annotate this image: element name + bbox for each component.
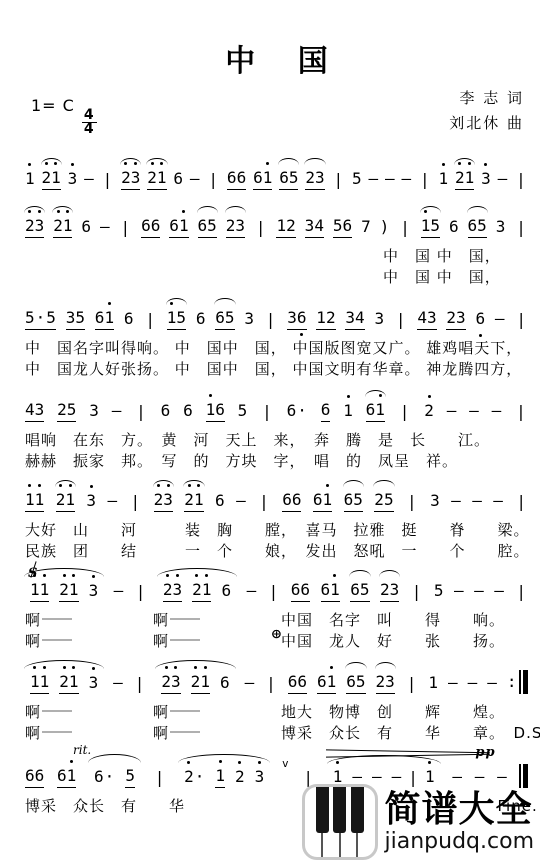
- lyric-extension-dash: [170, 710, 200, 712]
- octave-dot-high: [28, 484, 31, 487]
- note-char: 2: [446, 308, 456, 328]
- note-char: 1: [30, 580, 40, 600]
- piano-black-key: [316, 787, 329, 833]
- note-token: 65: [344, 490, 363, 512]
- lyrics-line: 啊 啊 地大 物博 创 辉 煌。: [25, 702, 528, 723]
- note-char: 3: [385, 672, 395, 692]
- note-char: 1: [35, 490, 45, 510]
- note-token: 21: [455, 168, 474, 190]
- note-token: 6: [475, 309, 485, 330]
- note-char: 5: [333, 216, 343, 236]
- note-token: 23: [446, 308, 465, 330]
- note-char: 2: [42, 168, 52, 188]
- octave-dot-high: [182, 210, 185, 213]
- note-char: 2: [154, 490, 164, 510]
- note-char: 3: [35, 400, 45, 420]
- note-char: –: [487, 673, 497, 693]
- barline: |: [400, 218, 410, 238]
- meta-row: 1= C44 李 志 词 刘北休 曲: [25, 86, 528, 136]
- note-char: –: [113, 673, 123, 693]
- note-token: 66: [227, 168, 246, 190]
- lyric-extension-dash: [170, 618, 200, 620]
- note-token: 25: [374, 490, 393, 512]
- note-char: 3: [305, 216, 315, 236]
- note-char: 2: [56, 490, 66, 510]
- lyrics-line: 中 国龙人好张扬。 中 国中 国， 中国文明有华章。 神龙腾四方，: [25, 359, 528, 380]
- note-token: 21: [56, 490, 75, 512]
- note-char: 5: [477, 216, 487, 236]
- note-char: 1: [25, 490, 35, 510]
- note-char: 6: [227, 168, 237, 188]
- note-char: 6: [215, 308, 225, 328]
- octave-dot-high: [347, 395, 350, 398]
- note-char: 6: [313, 490, 323, 510]
- barline: |: [131, 492, 141, 512]
- note-token: 21: [59, 672, 78, 694]
- slur: [365, 390, 386, 397]
- octave-dot-high: [38, 484, 41, 487]
- note-token: 7: [361, 217, 371, 238]
- note-char: 3: [235, 216, 245, 236]
- note-token: 16: [206, 400, 225, 422]
- barline: |: [256, 218, 266, 238]
- note-token: 3: [374, 309, 384, 330]
- note-char: 3: [481, 169, 491, 189]
- slur: [375, 662, 396, 669]
- note-char: 2: [53, 216, 63, 236]
- note-char: 2: [226, 216, 236, 236]
- note-token: 12: [276, 216, 295, 238]
- note-token: 2: [424, 401, 434, 422]
- note-char: 2: [163, 580, 173, 600]
- note-token: –: [495, 309, 505, 330]
- note-char: 1: [421, 216, 431, 236]
- song-title: 中 国: [25, 36, 528, 80]
- slur: [41, 158, 62, 165]
- note-char: 3: [68, 169, 78, 189]
- slur: [345, 662, 366, 669]
- note-token: 1: [215, 766, 225, 788]
- note-char: 1: [67, 766, 77, 786]
- note-char: 1: [69, 580, 79, 600]
- note-char: 2: [59, 672, 69, 692]
- note-char: 3: [173, 580, 183, 600]
- note-token: 23: [154, 490, 173, 512]
- octave-dot-high: [442, 163, 445, 166]
- note-char: 6: [287, 401, 297, 421]
- note-token: –: [487, 673, 497, 694]
- note-token: 21: [191, 672, 210, 694]
- note-char: –: [493, 491, 503, 511]
- octave-dot-high: [70, 760, 73, 763]
- note-token: 15: [167, 308, 186, 330]
- note-char: 6: [292, 490, 302, 510]
- music-line: 1213–|23216–|66616523|5–––|1213–|: [25, 152, 528, 198]
- lyric-extension-dash: [42, 710, 72, 712]
- barline: |: [407, 492, 417, 512]
- note-char: 6: [198, 216, 208, 236]
- barline: |: [208, 170, 218, 190]
- note-char: 1: [104, 308, 114, 328]
- note-char: 6: [183, 401, 193, 421]
- note-char: 1: [323, 490, 333, 510]
- note-token: 6: [161, 401, 171, 422]
- note-char: 6: [253, 168, 263, 188]
- barline: |: [262, 402, 272, 422]
- note-char: –: [247, 581, 257, 601]
- note-char: 6: [220, 673, 230, 693]
- note-char: –: [236, 491, 246, 511]
- note-token: –: [385, 169, 395, 190]
- note-char: 5: [46, 308, 56, 328]
- note-char: –: [401, 169, 411, 189]
- barline: |: [516, 170, 526, 190]
- lyric-extension-dash: [42, 731, 72, 733]
- note-token: 61: [313, 490, 332, 512]
- lyric-extension-dash: [170, 639, 200, 641]
- slur: [146, 158, 167, 165]
- barline: |: [136, 402, 146, 422]
- note-token: 11: [25, 490, 44, 512]
- note-token: 1: [428, 673, 438, 694]
- note-token: 3: [496, 217, 506, 238]
- note-char: 3: [390, 580, 400, 600]
- note-char: 1: [330, 580, 340, 600]
- slur: [214, 298, 235, 305]
- octave-dot-high: [333, 574, 336, 577]
- note-group: 11213: [25, 580, 103, 602]
- key-text: 1= C: [31, 96, 75, 115]
- note-char: 3: [427, 308, 437, 328]
- note-char: 3: [496, 217, 506, 237]
- lyrics-line: 中 国名字叫得响。 中 国中 国， 中国版图宽又广。 雄鸡唱天下，: [25, 338, 528, 359]
- note-char: 2: [286, 216, 296, 236]
- slur: [166, 298, 187, 305]
- music-line: 11213–|23216–|66616525|3–––|: [25, 474, 528, 520]
- lyrics-line: 赫赫 振家 邦。 写 的 方块 字， 唱 的 凤呈 祥。: [25, 451, 528, 472]
- note-char: 2: [57, 400, 67, 420]
- note-char: 2: [455, 168, 465, 188]
- note-char: 4: [314, 216, 324, 236]
- note-char: 2: [326, 308, 336, 328]
- note-char: 1: [200, 672, 210, 692]
- note-char: 5: [289, 168, 299, 188]
- note-token: 3: [89, 401, 99, 422]
- barline: |: [396, 310, 406, 330]
- note-char: 1: [206, 400, 216, 420]
- note-char: –: [100, 217, 110, 237]
- barline: |: [400, 402, 410, 422]
- barline: |: [333, 170, 343, 190]
- slur: [349, 570, 370, 577]
- note-token: 2·: [184, 767, 205, 788]
- note-token: 23: [25, 216, 44, 238]
- note-char: 1: [375, 400, 385, 420]
- note-token: 61: [57, 766, 76, 788]
- note-token: 61: [366, 400, 385, 422]
- note-token: 2: [235, 767, 245, 788]
- note-char: 2: [380, 580, 390, 600]
- slur: [55, 480, 76, 487]
- slur: [178, 754, 270, 763]
- note-char: ·: [296, 401, 308, 421]
- note-token: 6: [220, 673, 230, 694]
- note-token: 43: [25, 400, 44, 422]
- note-char: ·: [194, 767, 206, 787]
- note-char: 5: [353, 490, 363, 510]
- note-token: –: [494, 581, 504, 602]
- piano-icon: [302, 784, 378, 860]
- barline: |⊕: [266, 674, 276, 694]
- note-char: 2: [184, 490, 194, 510]
- lyrics-line: 唱响 在东 方。 黄 河 天上 来， 奔 腾 是 长 江。: [25, 430, 528, 451]
- note-char: 5: [430, 216, 440, 236]
- note-token: 35: [66, 308, 85, 330]
- note-char: 1: [215, 766, 225, 786]
- note-char: 2: [25, 216, 35, 236]
- note-char: 2: [161, 672, 171, 692]
- note-char: 1: [63, 216, 73, 236]
- note-token: 21: [59, 580, 78, 602]
- note-token: 65: [198, 216, 217, 238]
- note-token: 6: [124, 309, 134, 330]
- repeat-end-barline: :⊕: [507, 670, 528, 694]
- key-signature: 1= C44: [25, 96, 97, 136]
- system-2: 23216–|66616523|1234567)|156653|中 国 中 国，…: [25, 200, 528, 288]
- note-token: 61: [169, 216, 188, 238]
- note-char: 3: [287, 308, 297, 328]
- slur: [278, 158, 299, 165]
- note-token: 23: [163, 580, 182, 602]
- note-char: ·: [35, 308, 47, 328]
- coda-icon: ⊕: [272, 627, 282, 641]
- note-token: 12: [316, 308, 335, 330]
- music-line: 11213–|23216–|⊕66616523|1–––:⊕: [25, 654, 528, 702]
- credits: 李 志 词 刘北休 曲: [449, 86, 528, 136]
- note-char: 3: [345, 308, 355, 328]
- note-token: 25: [57, 400, 76, 422]
- note-token: 23: [161, 672, 180, 694]
- octave-dot-low: [479, 334, 482, 337]
- note-group: 11213: [25, 672, 103, 694]
- piano-black-key: [333, 787, 346, 833]
- barline: |: [516, 402, 526, 422]
- note-char: 4: [417, 308, 427, 328]
- note-char: 3: [430, 491, 440, 511]
- sheet-page: 中 国 1= C44 李 志 词 刘北休 曲 1213–|23216–|6661…: [0, 36, 540, 817]
- note-char: 3: [131, 168, 141, 188]
- note-token: 43: [417, 308, 436, 330]
- barline: |: [136, 582, 146, 602]
- note-char: 6: [291, 580, 301, 600]
- note-token: 61: [95, 308, 114, 330]
- note-token: 3: [89, 673, 99, 694]
- note-char: 3: [171, 672, 181, 692]
- note-token: 6: [221, 581, 231, 602]
- note-token: 5: [352, 169, 362, 190]
- note-token: 5·5: [25, 308, 56, 330]
- score-element: [519, 670, 521, 694]
- octave-dot-high: [330, 666, 333, 669]
- note-token: –: [454, 581, 464, 602]
- note-token: –: [190, 169, 200, 190]
- note-char: 1: [40, 580, 50, 600]
- slur: [454, 158, 475, 165]
- note-char: 3: [35, 216, 45, 236]
- note-char: 2: [121, 168, 131, 188]
- system-5: 11213–|23216–|66616525|3–––|大好 山 河 装 胸 膛…: [25, 474, 528, 562]
- note-char: 6: [288, 672, 298, 692]
- note-token: 66: [141, 216, 160, 238]
- note-char: 1: [69, 672, 79, 692]
- note-char: 6: [321, 400, 331, 420]
- note-char: 3: [89, 581, 99, 601]
- note-token: 3: [255, 767, 265, 788]
- note-char: ·: [104, 767, 116, 787]
- note-token: 5: [125, 766, 135, 788]
- note-char: 6: [366, 400, 376, 420]
- octave-dot-low: [300, 333, 303, 336]
- system-4: 43253–|66165|6·6161|2–––|唱响 在东 方。 黄 河 天上…: [25, 384, 528, 472]
- note-char: 3: [163, 490, 173, 510]
- note-token: 36: [287, 308, 306, 330]
- slur: [343, 480, 364, 487]
- octave-dot-high: [90, 485, 93, 488]
- note-char: 6: [141, 216, 151, 236]
- slur: [157, 568, 237, 577]
- note-token: –: [472, 491, 482, 512]
- composer: 刘北休 曲: [449, 111, 524, 136]
- note-token: 65: [350, 580, 369, 602]
- barline: |: [103, 170, 113, 190]
- note-char: 4: [25, 400, 35, 420]
- piano-black-key: [351, 787, 364, 833]
- note-char: 2: [191, 672, 201, 692]
- slur: [24, 660, 104, 669]
- note-token: 1: [438, 169, 448, 190]
- note-token: 6: [449, 217, 459, 238]
- note-char: 2: [305, 168, 315, 188]
- note-char: 6: [343, 216, 353, 236]
- slur: [153, 480, 174, 487]
- barline: |: [259, 492, 269, 512]
- octave-dot-high: [326, 484, 329, 487]
- note-char: 5: [238, 401, 248, 421]
- slur: [88, 754, 141, 763]
- note-token: 56: [333, 216, 352, 238]
- note-token: 65: [346, 672, 365, 694]
- note-token: 21: [192, 580, 211, 602]
- note-token: 61: [321, 580, 340, 602]
- note-char: 6: [344, 490, 354, 510]
- note-char: 3: [89, 401, 99, 421]
- note-char: 1: [428, 673, 438, 693]
- note-char: –: [474, 581, 484, 601]
- note-token: –: [498, 169, 508, 190]
- note-char: 1: [25, 169, 35, 189]
- note-group: 23216: [158, 580, 236, 602]
- note-char: 1: [202, 580, 212, 600]
- note-group: 23216: [156, 672, 234, 694]
- system-3: 5·535616|156653|3612343|43236–|中 国名字叫得响。…: [25, 292, 528, 380]
- note-token: 6: [183, 401, 193, 422]
- barline: |: [516, 492, 526, 512]
- note-token: 23: [226, 216, 245, 238]
- brand-text: 简谱大全 jianpudq.com: [385, 790, 534, 854]
- note-token: 3: [86, 491, 96, 512]
- note-token: –: [245, 673, 255, 694]
- note-char: 1: [276, 216, 286, 236]
- note-char: 4: [355, 308, 365, 328]
- note-char: 2: [147, 168, 157, 188]
- note-char: 1: [40, 672, 50, 692]
- slur: [120, 158, 141, 165]
- slur: [304, 158, 325, 165]
- barline: |: [407, 674, 417, 694]
- note-token: –: [448, 673, 458, 694]
- note-token: 34: [305, 216, 324, 238]
- note-token: 66: [25, 766, 44, 788]
- note-token: –: [236, 491, 246, 512]
- note-char: 3: [374, 309, 384, 329]
- note-char: 1: [51, 168, 61, 188]
- slur: [467, 206, 488, 213]
- note-char: 6: [161, 401, 171, 421]
- note-char: 5: [352, 169, 362, 189]
- slur: [197, 206, 218, 213]
- note-char: 6: [25, 766, 35, 786]
- note-char: 6: [317, 672, 327, 692]
- octave-dot-high: [209, 394, 212, 397]
- note-token: 6·: [94, 767, 115, 788]
- note-char: 3: [86, 491, 96, 511]
- note-char: –: [451, 491, 461, 511]
- octave-dot-high: [428, 395, 431, 398]
- parenthesis: ): [380, 217, 390, 238]
- note-token: –: [247, 581, 257, 602]
- note-token: 65: [215, 308, 234, 330]
- system-7: 11213–|23216–|⊕66616523|1–––:⊕啊 啊 地大 物博 …: [25, 654, 528, 744]
- note-token: 61: [253, 168, 272, 190]
- note-token: 21: [53, 216, 72, 238]
- note-token: –: [447, 401, 457, 422]
- note-token: 21: [184, 490, 203, 512]
- note-char: 6: [321, 580, 331, 600]
- note-char: 2: [235, 767, 245, 787]
- note-char: 1: [167, 308, 177, 328]
- note-token: 15: [421, 216, 440, 238]
- note-char: 6: [94, 767, 104, 787]
- note-token: 23: [121, 168, 140, 190]
- note-token: –: [401, 169, 411, 190]
- octave-dot-high: [71, 163, 74, 166]
- note-token: 6: [196, 309, 206, 330]
- note-char: –: [368, 169, 378, 189]
- note-token: 5: [238, 401, 248, 422]
- note-char: –: [84, 169, 94, 189]
- note-token: 65: [279, 168, 298, 190]
- note-token: –: [493, 491, 503, 512]
- note-char: 2: [376, 672, 386, 692]
- note-char: 2: [192, 580, 202, 600]
- lyrics-line: 中 国 中 国，: [25, 246, 528, 267]
- lyric-extension-dash: [170, 731, 200, 733]
- note-char: 1: [65, 490, 75, 510]
- note-char: 6: [95, 308, 105, 328]
- note-char: 2: [374, 490, 384, 510]
- note-token: –: [113, 673, 123, 694]
- note-char: 6: [151, 216, 161, 236]
